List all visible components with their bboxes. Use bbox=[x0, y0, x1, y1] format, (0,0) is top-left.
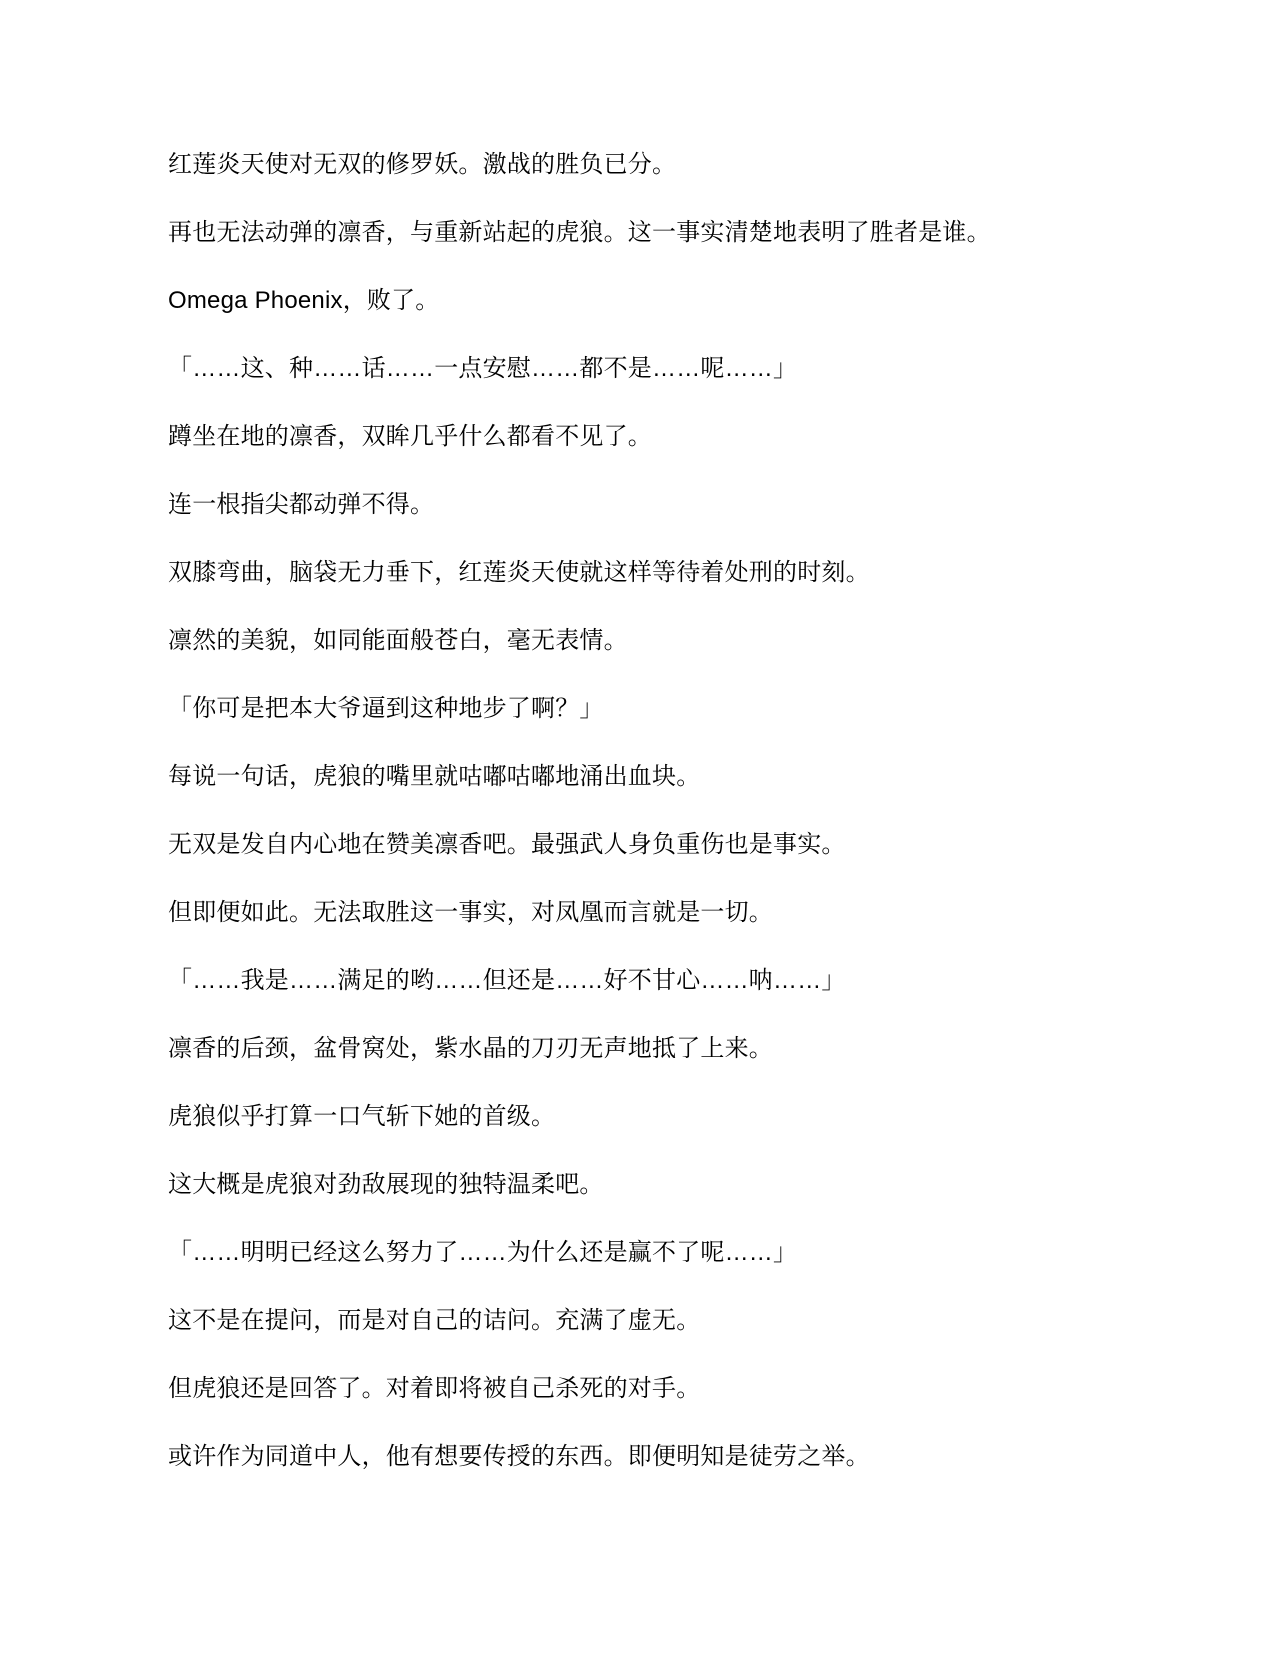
paragraph-narration: 这不是在提问，而是对自己的诘问。充满了虚无。 bbox=[168, 1306, 1180, 1336]
paragraph-dialogue: 「你可是把本大爷逼到这种地步了啊？」 bbox=[168, 694, 1180, 724]
paragraph-narration: 蹲坐在地的凛香，双眸几乎什么都看不见了。 bbox=[168, 422, 1180, 452]
paragraph-narration: 凛香的后颈，盆骨窝处，紫水晶的刀刃无声地抵了上来。 bbox=[168, 1034, 1180, 1064]
paragraph-narration: 红莲炎天使对无双的修罗妖。激战的胜负已分。 bbox=[168, 150, 1180, 180]
paragraph-narration: 但虎狼还是回答了。对着即将被自己杀死的对手。 bbox=[168, 1374, 1180, 1404]
novel-page: 红莲炎天使对无双的修罗妖。激战的胜负已分。 再也无法动弹的凛香，与重新站起的虎狼… bbox=[0, 0, 1280, 1656]
paragraph-narration: 虎狼似乎打算一口气斩下她的首级。 bbox=[168, 1102, 1180, 1132]
paragraph-narration: 这大概是虎狼对劲敌展现的独特温柔吧。 bbox=[168, 1170, 1180, 1200]
paragraph-narration: Omega Phoenix，败了。 bbox=[168, 286, 1180, 316]
paragraph-narration: 再也无法动弹的凛香，与重新站起的虎狼。这一事实清楚地表明了胜者是谁。 bbox=[168, 218, 1180, 248]
paragraph-dialogue: 「……我是……满足的哟……但还是……好不甘心……呐……」 bbox=[168, 966, 1180, 996]
paragraph-dialogue: 「……明明已经这么努力了……为什么还是赢不了呢……」 bbox=[168, 1238, 1180, 1268]
paragraph-narration: 凛然的美貌，如同能面般苍白，毫无表情。 bbox=[168, 626, 1180, 656]
paragraph-narration: 双膝弯曲，脑袋无力垂下，红莲炎天使就这样等待着处刑的时刻。 bbox=[168, 558, 1180, 588]
paragraph-narration: 无双是发自内心地在赞美凛香吧。最强武人身负重伤也是事实。 bbox=[168, 830, 1180, 860]
paragraph-narration: 或许作为同道中人，他有想要传授的东西。即便明知是徒劳之举。 bbox=[168, 1442, 1180, 1472]
paragraph-narration: 连一根指尖都动弹不得。 bbox=[168, 490, 1180, 520]
paragraph-dialogue: 「……这、种……话……一点安慰……都不是……呢……」 bbox=[168, 354, 1180, 384]
paragraph-narration: 每说一句话，虎狼的嘴里就咕嘟咕嘟地涌出血块。 bbox=[168, 762, 1180, 792]
paragraph-narration: 但即便如此。无法取胜这一事实，对凤凰而言就是一切。 bbox=[168, 898, 1180, 928]
